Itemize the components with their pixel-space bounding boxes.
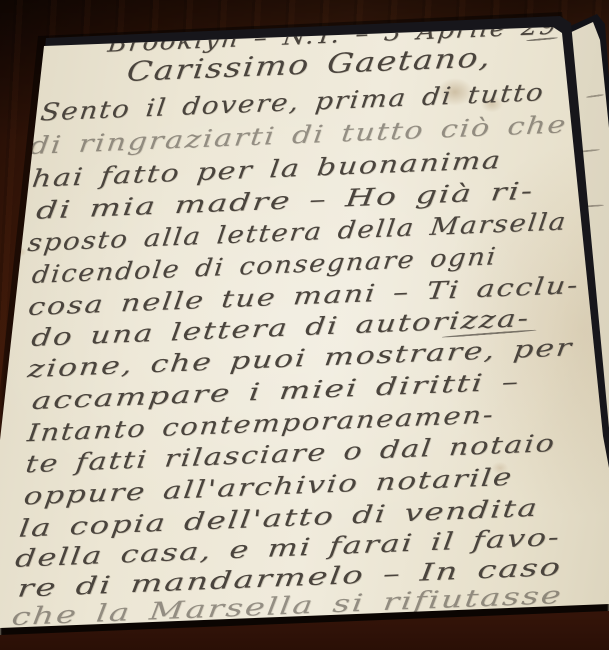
handwriting-layer: Brooklyn – N.Y. – 3 Aprile 29Carissimo G…: [0, 0, 609, 649]
letter-page: Brooklyn – N.Y. – 3 Aprile 29Carissimo G…: [0, 0, 609, 650]
rear-sheet-faint-writing: [586, 94, 604, 98]
photograph-of-letter: Brooklyn – N.Y. – 3 Aprile 29Carissimo G…: [0, 0, 609, 650]
